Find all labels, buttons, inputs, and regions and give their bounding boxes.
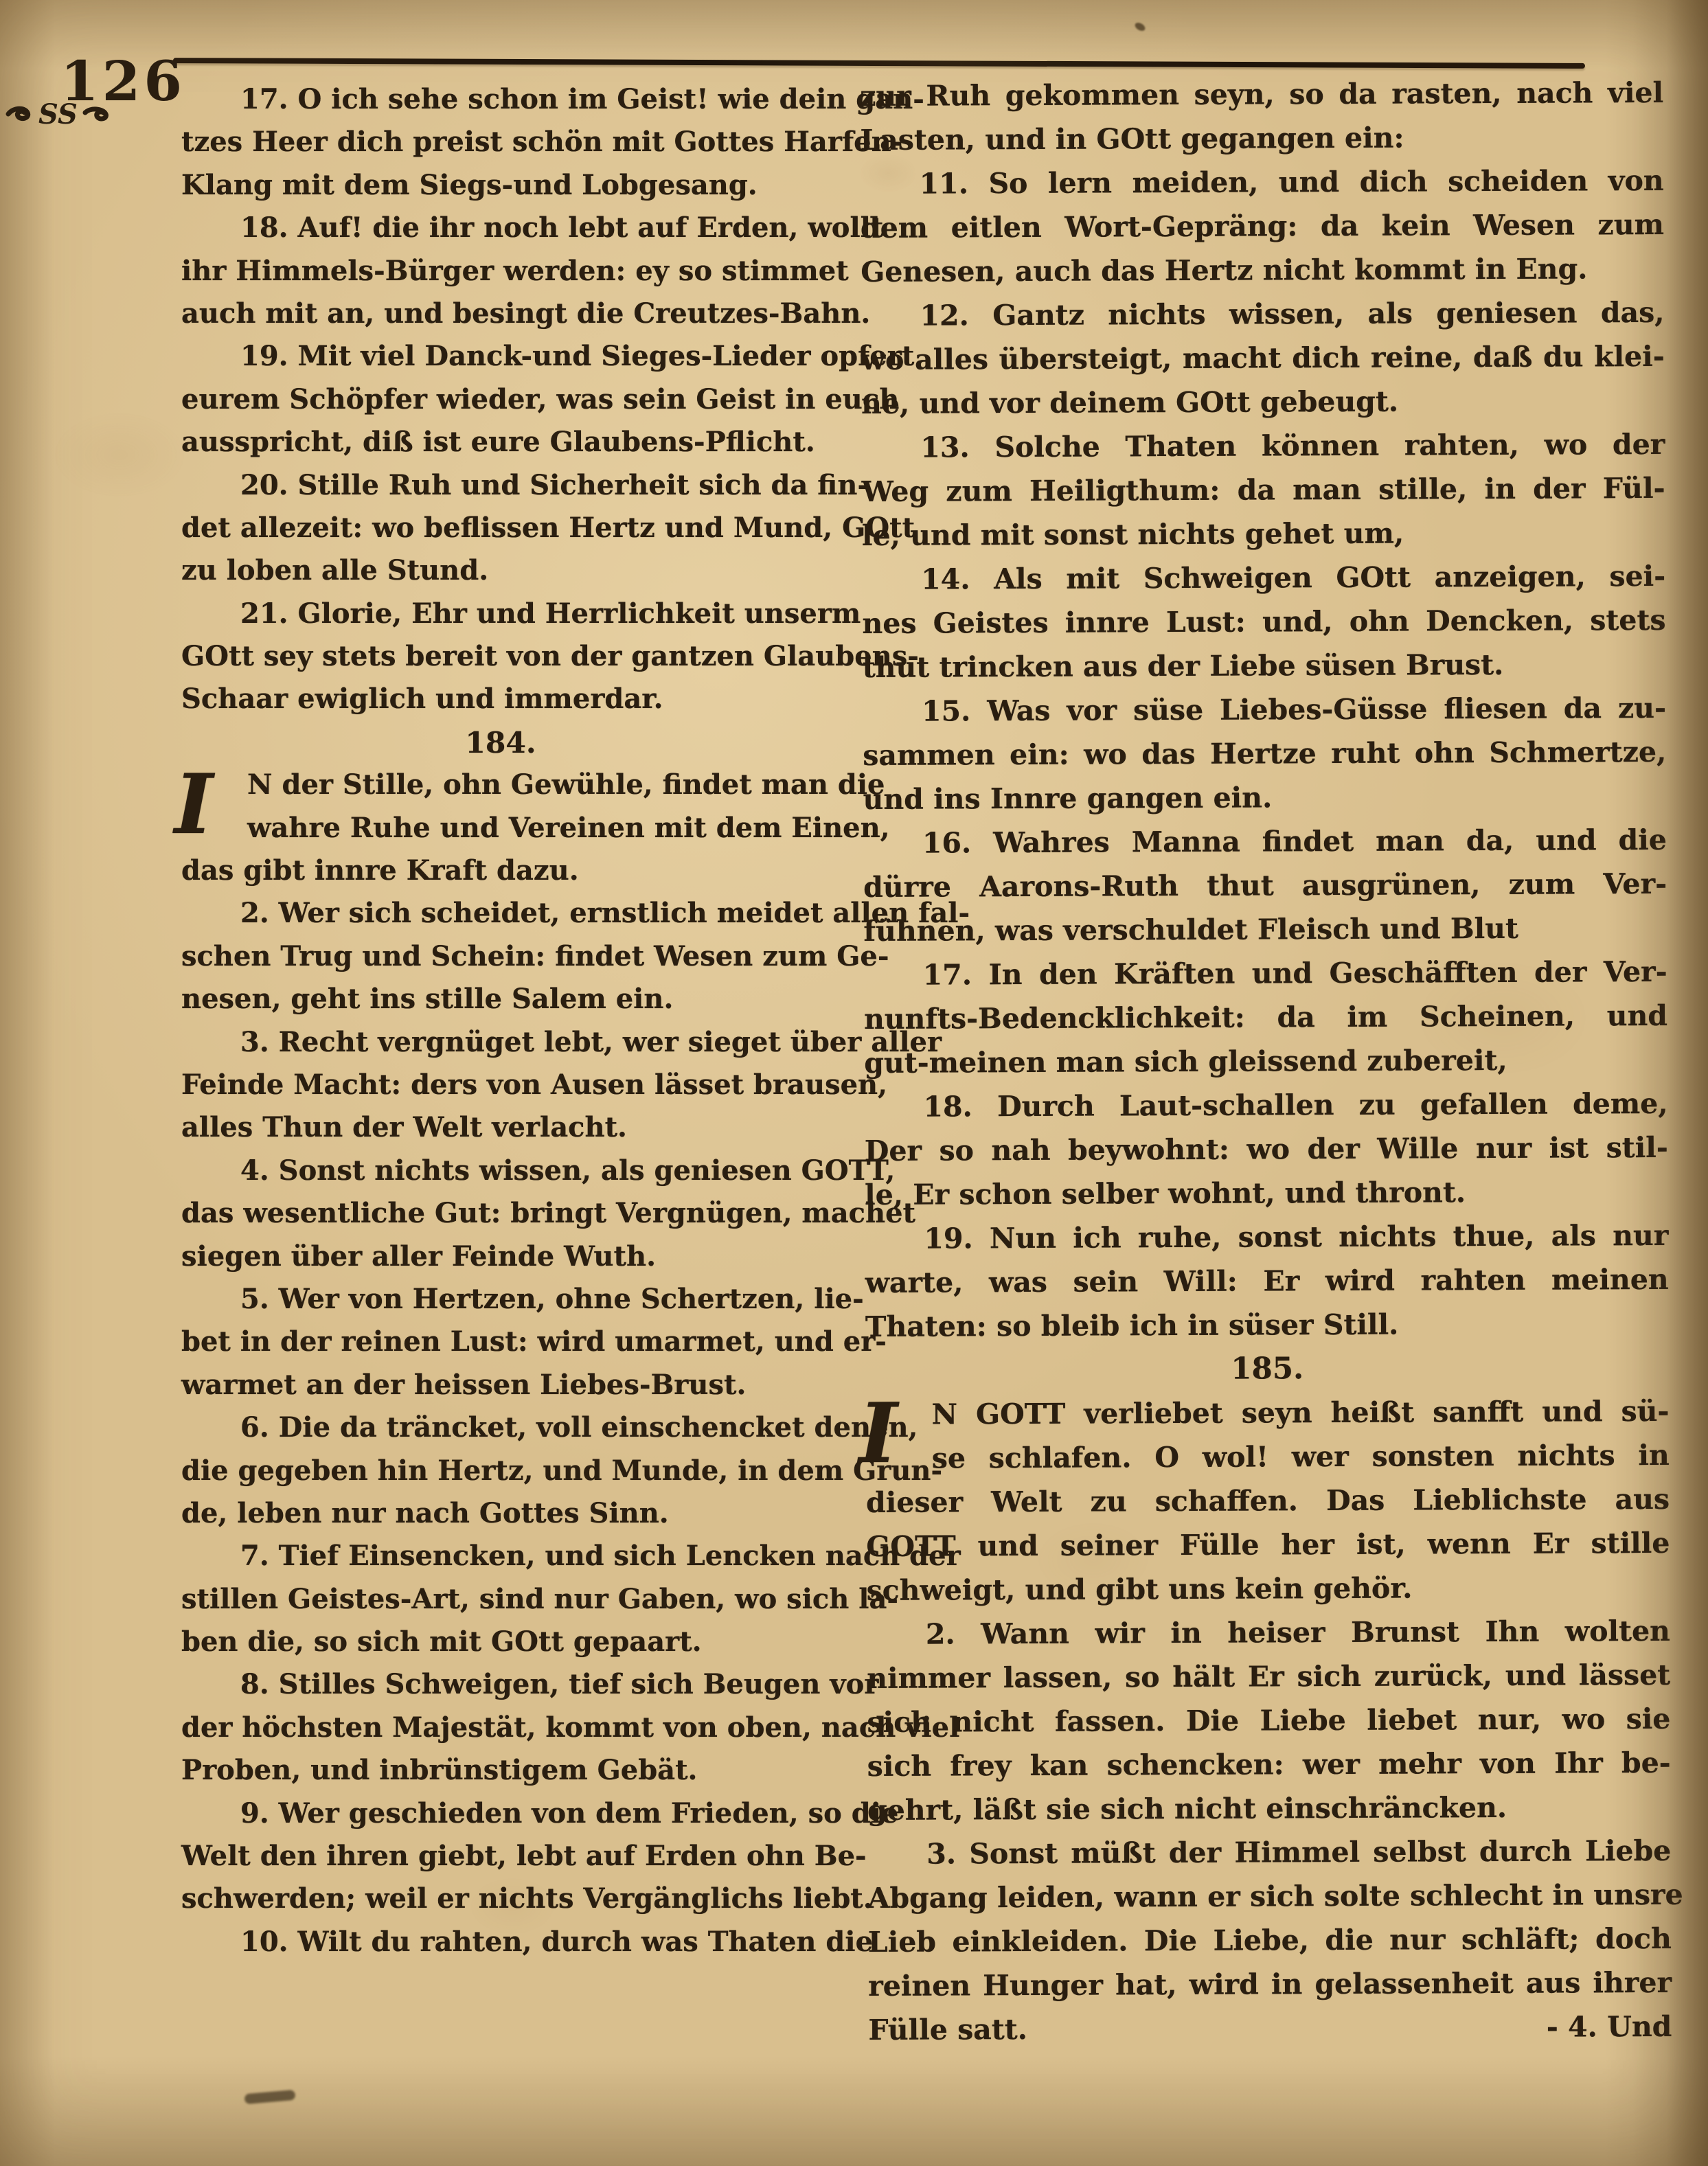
- verse: 3. Recht vergnüget lebt, wer sieget über…: [181, 1021, 820, 1150]
- verse-line: 21. Glorie, Ehr und Herrlichkeit unserm: [181, 593, 820, 635]
- verse-line: zur Ruh gekommen seyn, so da rasten, nac…: [860, 71, 1663, 118]
- verse-line: 19. Nun ich ruhe, sonst nichts thue, als…: [865, 1213, 1668, 1261]
- verse-line: Lasten, und in GOtt gegangen ein:: [860, 115, 1663, 162]
- section-heading: 184.: [181, 721, 820, 764]
- verse-line: die gegeben hin Hertz, und Munde, in dem…: [181, 1450, 820, 1492]
- verse: 6. Die da träncket, voll einschencket de…: [181, 1406, 820, 1535]
- verse-line: und ins Innre gangen ein.: [863, 774, 1666, 821]
- catchword: - 4. Und: [1547, 2005, 1672, 2049]
- verse-line: dürre Aarons-Ruth thut ausgrünen, zum Ve…: [863, 862, 1667, 909]
- verse-line: wahre Ruhe und Vereinen mit dem Einen,: [181, 807, 820, 850]
- verse-line: Lieb einkleiden. Die Liebe, die nur schl…: [868, 1917, 1672, 1964]
- verse-line: 17. In den Kräften und Geschäfften der V…: [864, 950, 1667, 997]
- verse-line: GOTT und seiner Fülle her ist, wenn Er s…: [866, 1521, 1670, 1569]
- verse: 16. Wahres Manna findet man da, und died…: [863, 818, 1667, 953]
- verse-line: nesen, geht ins stille Salem ein.: [181, 978, 820, 1021]
- headpiece-rule: [173, 58, 1585, 69]
- verse-line: 15. Was vor süse Liebes-Güsse fliesen da…: [863, 686, 1666, 733]
- verse-line: sammen ein: wo das Hertze ruht ohn Schme…: [863, 730, 1666, 777]
- fleuron-icon: SS: [4, 93, 122, 132]
- verse-line: 2. Wer sich scheidet, ernstlich meidet a…: [181, 892, 820, 935]
- verse-line: Thaten: so bleib ich in süser Still.: [865, 1301, 1669, 1349]
- verse-line: 19. Mit viel Danck-und Sieges-Lieder opf…: [181, 335, 820, 378]
- verse-line: 20. Stille Ruh und Sicherheit sich da fi…: [181, 464, 820, 507]
- verse-line: 13. Solche Thaten können rahten, wo der: [861, 422, 1665, 470]
- verse-line: Der so nah beywohnt: wo der Wille nur is…: [865, 1126, 1668, 1173]
- verse-line: gut-meinen man sich gleissend zubereit,: [864, 1038, 1667, 1085]
- drop-cap: I: [174, 764, 213, 846]
- verse-line: Fülle satt.- 4. Und: [868, 2005, 1672, 2052]
- verse-line: 8. Stilles Schweigen, tief sich Beugen v…: [181, 1663, 820, 1706]
- verse: 4. Sonst nichts wissen, als geniesen GOT…: [181, 1150, 820, 1278]
- verse: 20. Stille Ruh und Sicherheit sich da fi…: [181, 464, 820, 593]
- verse-line: N GOTT verliebet seyn heißt sanfft und s…: [865, 1389, 1669, 1437]
- verse-line: Genesen, auch das Hertz nicht kommt in E…: [861, 247, 1664, 294]
- verse-line: der höchsten Majestät, kommt von oben, n…: [181, 1707, 820, 1749]
- verse-line: 18. Auf! die ihr noch lebt auf Erden, wo…: [181, 207, 820, 249]
- verse-line: tzes Heer dich preist schön mit Gottes H…: [181, 121, 820, 163]
- verse-line: Proben, und inbrünstigem Gebät.: [181, 1749, 820, 1792]
- verse: zur Ruh gekommen seyn, so da rasten, nac…: [860, 71, 1664, 162]
- verse-line: das gibt innre Kraft dazu.: [181, 850, 820, 892]
- verse-line: 18. Durch Laut-schallen zu gefallen deme…: [864, 1082, 1667, 1129]
- verse-line: 2. Wann wir in heiser Brunst Ihn wolten: [867, 1609, 1670, 1656]
- verse-line: 5. Wer von Hertzen, ohne Schertzen, lie-: [181, 1278, 820, 1321]
- verse: 17. In den Kräften und Geschäfften der V…: [864, 950, 1668, 1085]
- verse-line: ausspricht, diß ist eure Glaubens-Pflich…: [181, 421, 820, 464]
- margin-ornament: SS: [4, 93, 122, 132]
- verse-line: schwerden; weil er nichts Vergänglichs l…: [181, 1878, 820, 1920]
- verse-line: 17. O ich sehe schon im Geist! wie dein …: [181, 78, 820, 121]
- verse: 8. Stilles Schweigen, tief sich Beugen v…: [181, 1663, 820, 1792]
- verse-line: 4. Sonst nichts wissen, als geniesen GOT…: [181, 1150, 820, 1192]
- verse: 18. Auf! die ihr noch lebt auf Erden, wo…: [181, 207, 820, 335]
- verse-line: stillen Geistes-Art, sind nur Gaben, wo …: [181, 1578, 820, 1621]
- verse-line: schweigt, und gibt uns kein gehör.: [866, 1565, 1670, 1612]
- verse-line: Feinde Macht: ders von Ausen lässet brau…: [181, 1064, 820, 1106]
- verse: 17. O ich sehe schon im Geist! wie dein …: [181, 78, 820, 207]
- verse-line: de, leben nur nach Gottes Sinn.: [181, 1492, 820, 1535]
- verse-line: le, und mit sonst nichts gehet um,: [862, 510, 1665, 558]
- verse-line: sich nicht fassen. Die Liebe liebet nur,…: [867, 1697, 1670, 1744]
- verse-line: Abgang leiden, wann er sich solte schlec…: [867, 1873, 1671, 1920]
- verse-line: N der Stille, ohn Gewühle, findet man di…: [181, 764, 820, 806]
- verse-line: 6. Die da träncket, voll einschencket de…: [181, 1406, 820, 1449]
- verse-line: 16. Wahres Manna findet man da, und die: [863, 818, 1667, 865]
- book-page-scan: 126 SS 17. O ich sehe schon im Geist! wi…: [0, 0, 1708, 2166]
- verse-line: 11. So lern meiden, und dich scheiden vo…: [861, 159, 1664, 206]
- verse: 13. Solche Thaten können rahten, wo derW…: [861, 422, 1665, 558]
- verse-line: nes Geistes innre Lust: und, ohn Dencken…: [862, 598, 1665, 646]
- verse-line: se schlafen. O wol! wer sonsten nichts i…: [866, 1433, 1670, 1481]
- verse: 21. Glorie, Ehr und Herrlichkeit unsermG…: [181, 593, 820, 721]
- verse-line-text: Fülle satt.: [868, 2007, 1027, 2052]
- verse-line: fühnen, was verschuldet Fleisch und Blut: [863, 906, 1667, 953]
- verse: 7. Tief Einsencken, und sich Lencken nac…: [181, 1535, 820, 1663]
- verse: IN der Stille, ohn Gewühle, findet man d…: [181, 764, 820, 892]
- text-column-right: zur Ruh gekommen seyn, so da rasten, nac…: [860, 71, 1672, 2052]
- text-column-left: 17. O ich sehe schon im Geist! wie dein …: [181, 78, 820, 1963]
- verse-line: auch mit an, und besingt die Creutzes-Ba…: [181, 293, 820, 335]
- verse-line: bet in der reinen Lust: wird umarmet, un…: [181, 1321, 820, 1363]
- verse-line: 3. Sonst müßt der Himmel selbst durch Li…: [867, 1829, 1671, 1876]
- verse-line: 14. Als mit Schweigen GOtt anzeigen, sei…: [862, 554, 1665, 602]
- verse-line: nunfts-Bedencklichkeit: da im Scheinen, …: [864, 994, 1667, 1041]
- verse-line: warmet an der heissen Liebes-Brust.: [181, 1364, 820, 1406]
- ink-speck: [1134, 21, 1147, 33]
- verse: 10. Wilt du rahten, durch was Thaten die: [181, 1921, 820, 1963]
- verse-line: 3. Recht vergnüget lebt, wer sieget über…: [181, 1021, 820, 1064]
- svg-text:SS: SS: [38, 98, 78, 130]
- verse-line: schen Trug und Schein: findet Wesen zum …: [181, 935, 820, 978]
- verse: 19. Mit viel Danck-und Sieges-Lieder opf…: [181, 335, 820, 464]
- verse: 18. Durch Laut-schallen zu gefallen deme…: [864, 1082, 1668, 1217]
- verse: 19. Nun ich ruhe, sonst nichts thue, als…: [865, 1213, 1669, 1349]
- verse: 5. Wer von Hertzen, ohne Schertzen, lie-…: [181, 1278, 820, 1406]
- verse-line: 9. Wer geschieden von dem Frieden, so di…: [181, 1792, 820, 1835]
- verse-line: Schaar ewiglich und immerdar.: [181, 678, 820, 720]
- verse-line: 12. Gantz nichts wissen, als geniesen da…: [861, 290, 1664, 338]
- verse: 11. So lern meiden, und dich scheiden vo…: [861, 159, 1665, 294]
- ink-smudge: [244, 2090, 295, 2104]
- verse-line: Klang mit dem Siegs-und Lobgesang.: [181, 164, 820, 207]
- verse-line: dieser Welt zu schaffen. Das Lieblichste…: [866, 1477, 1670, 1525]
- verse-line: alles Thun der Welt verlacht.: [181, 1106, 820, 1149]
- verse: 15. Was vor süse Liebes-Güsse fliesen da…: [863, 686, 1667, 821]
- verse-line: gehrt, läßt sie sich nicht einschräncken…: [867, 1785, 1671, 1832]
- verse-line: reinen Hunger hat, wird in gelassenheit …: [868, 1961, 1672, 2008]
- verse-line: das wesentliche Gut: bringt Vergnügen, m…: [181, 1192, 820, 1235]
- drop-cap: I: [858, 1393, 898, 1475]
- verse: 2. Wann wir in heiser Brunst Ihn woltenn…: [867, 1609, 1671, 1832]
- verse-line: eurem Schöpfer wieder, was sein Geist in…: [181, 378, 820, 421]
- verse: 12. Gantz nichts wissen, als geniesen da…: [861, 290, 1665, 426]
- verse-line: Welt den ihren giebt, lebt auf Erden ohn…: [181, 1835, 820, 1878]
- verse-line: 10. Wilt du rahten, durch was Thaten die: [181, 1921, 820, 1963]
- verse-line: 7. Tief Einsencken, und sich Lencken nac…: [181, 1535, 820, 1577]
- verse-line: ben die, so sich mit GOtt gepaart.: [181, 1621, 820, 1663]
- verse-line: thut trincken aus der Liebe süsen Brust.: [863, 642, 1666, 689]
- verse-line: ihr Himmels-Bürger werden: ey so stimmet: [181, 250, 820, 293]
- verse: 3. Sonst müßt der Himmel selbst durch Li…: [867, 1829, 1672, 2052]
- section-heading: 185.: [865, 1345, 1669, 1393]
- verse-line: dem eitlen Wort-Gepräng: da kein Wesen z…: [861, 203, 1664, 250]
- verse: 14. Als mit Schweigen GOtt anzeigen, sei…: [862, 554, 1666, 689]
- verse: IN GOTT verliebet seyn heißt sanfft und …: [865, 1389, 1670, 1612]
- verse-line: le, Er schon selber wohnt, und thront.: [865, 1170, 1668, 1217]
- verse: 2. Wer sich scheidet, ernstlich meidet a…: [181, 892, 820, 1021]
- verse: 9. Wer geschieden von dem Frieden, so di…: [181, 1792, 820, 1921]
- verse-line: siegen über aller Feinde Wuth.: [181, 1235, 820, 1278]
- verse-line: nimmer lassen, so hält Er sich zurück, u…: [867, 1653, 1670, 1700]
- verse-line: ne, und vor deinem GOtt gebeugt.: [861, 378, 1665, 426]
- verse-line: warte, was sein Will: Er wird rahten mei…: [865, 1257, 1669, 1305]
- verse-line: sich frey kan schencken: wer mehr von Ih…: [867, 1741, 1671, 1788]
- verse-line: wo alles übersteigt, macht dich reine, d…: [861, 334, 1665, 382]
- verse-line: zu loben alle Stund.: [181, 549, 820, 592]
- verse-line: det allezeit: wo beflissen Hertz und Mun…: [181, 507, 820, 549]
- verse-line: Weg zum Heiligthum: da man stille, in de…: [862, 466, 1665, 514]
- verse-line: GOtt sey stets bereit von der gantzen Gl…: [181, 635, 820, 678]
